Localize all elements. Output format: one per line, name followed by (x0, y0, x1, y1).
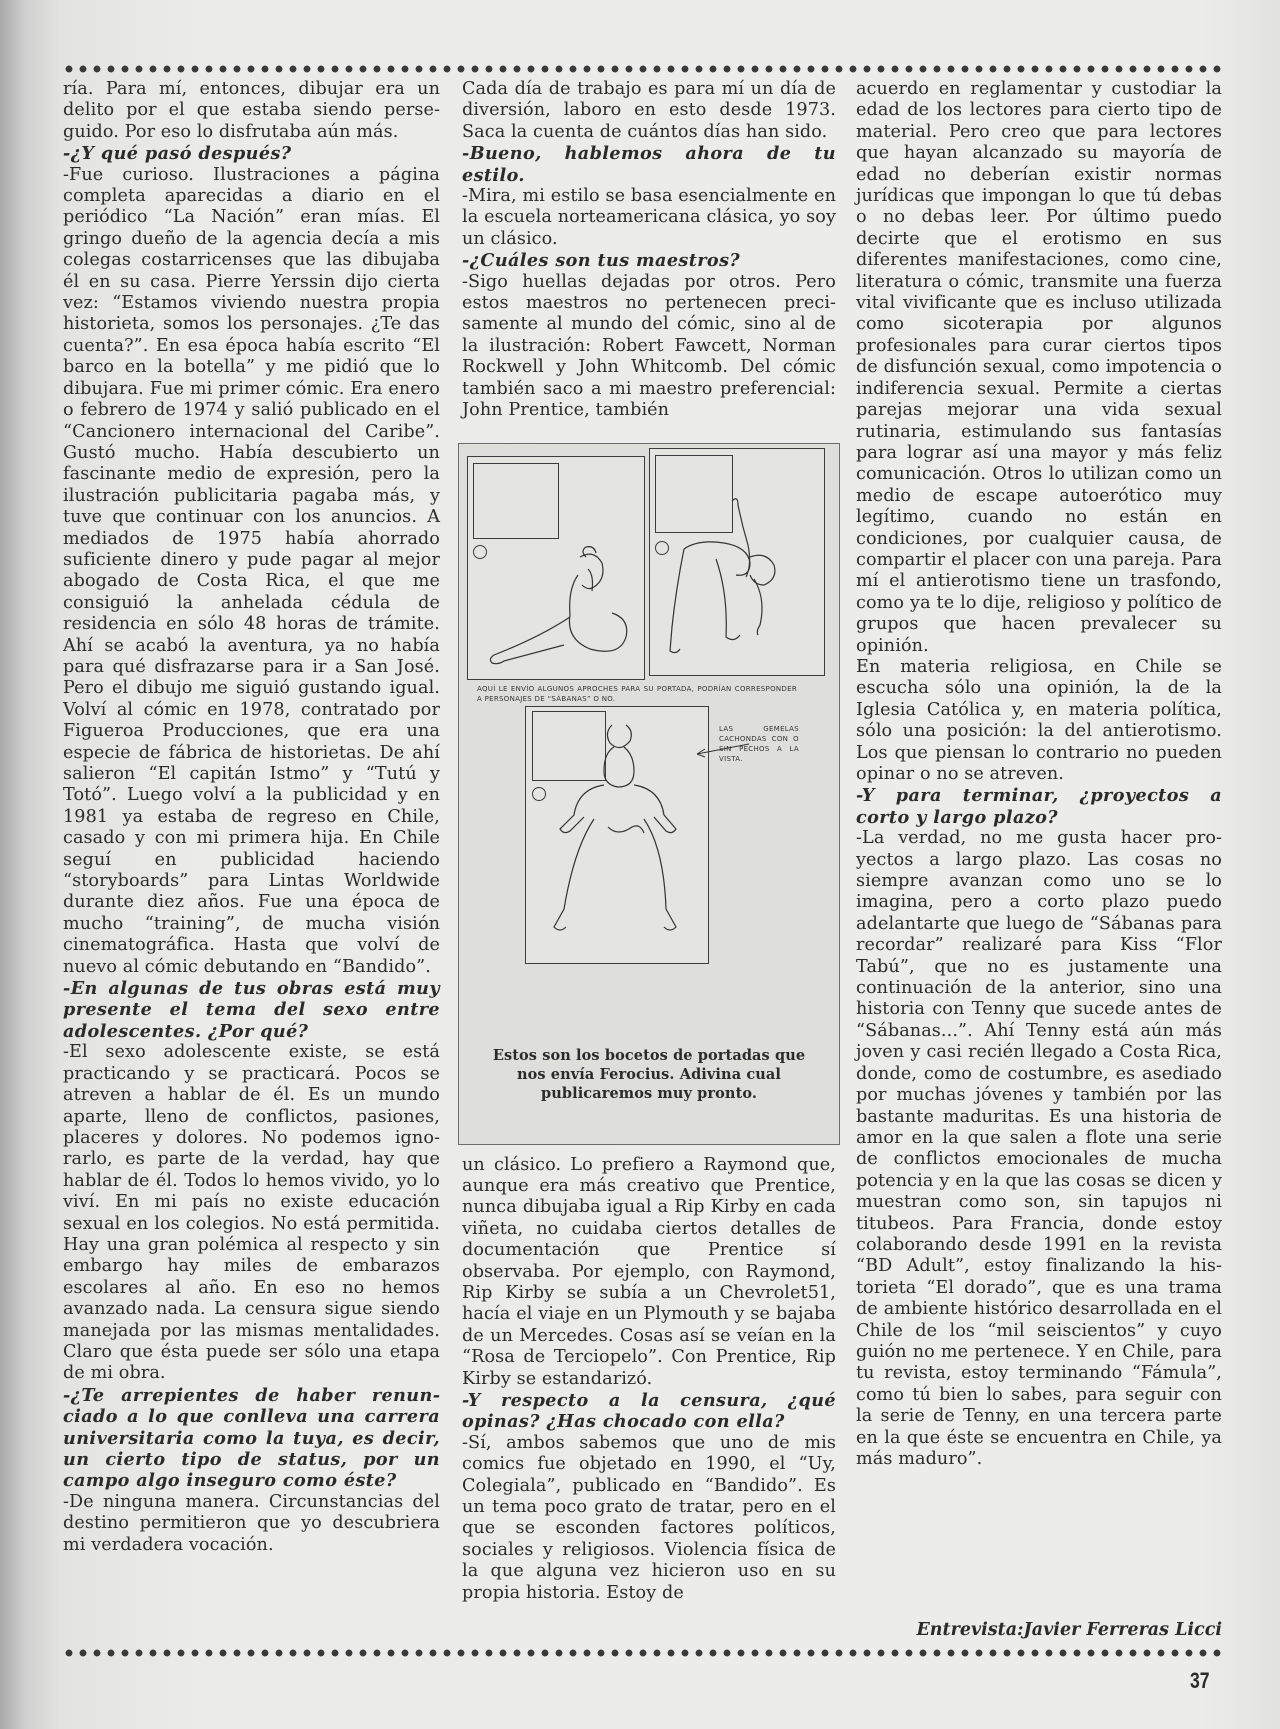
answer-paragraph: un clásico. Lo prefiero a Raymond que, a… (462, 1155, 836, 1390)
interviewer-signature: Entrevista:Javier Ferreras Licci (856, 1620, 1222, 1640)
article-column-2: Cada día de trabajo es para mí un día de… (462, 79, 836, 1604)
answer-paragraph: -Sigo huellas dejadas por otros. Pero es… (462, 272, 836, 422)
interview-question: -Y respecto a la censura, ¿qué opinas? ¿… (462, 1390, 836, 1433)
sketch-panel-3 (525, 706, 709, 964)
answer-paragraph: -La verdad, no me gusta hacer pro­yectos… (856, 828, 1222, 1470)
page-number: 37 (1190, 1668, 1210, 1694)
article-column-3: acuerdo en reglamentar y custodiar la ed… (856, 79, 1222, 1470)
sketch-panel-1 (467, 456, 645, 680)
interview-question: -¿Y qué pasó después? (63, 143, 440, 164)
answer-paragraph: -Mira, mi estilo se basa esencialmente e… (462, 186, 836, 250)
seated-figure-sketch-icon (468, 457, 644, 679)
answer-paragraph: Cada día de trabajo es para mí un día de… (462, 79, 836, 143)
figure-caption: Estos son los bocetos de portadas que no… (459, 1046, 839, 1103)
bottom-dotted-rule (62, 1648, 1224, 1658)
sketch-panel-2 (649, 448, 825, 676)
top-dotted-rule (62, 64, 1224, 74)
answer-paragraph: acuerdo en reglamentar y custodiar la ed… (856, 79, 1222, 657)
answer-paragraph: En materia religiosa, en Chile se escuch… (856, 657, 1222, 785)
interview-question: -¿Cuáles son tus maestros? (462, 250, 836, 271)
sketch-side-note: Las gemelas cachondas con o sin pechos a… (719, 724, 799, 764)
answer-paragraph: ría. Para mí, entonces, dibujar era un d… (63, 79, 440, 143)
sketch-handwritten-note: Aquí le envío algunos aproches para su p… (477, 684, 797, 704)
answer-paragraph: -Sí, ambos sabemos que uno de mis comics… (462, 1433, 836, 1604)
cover-sketches-figure: Aquí le envío algunos aproches para su p… (458, 443, 840, 1145)
interview-question: -Bueno, hablemos ahora de tu estilo. (462, 143, 836, 186)
answer-paragraph: -El sexo adolescente existe, se está pra… (63, 1042, 440, 1385)
bending-figure-sketch-icon (650, 449, 824, 675)
article-column-1: ría. Para mí, entonces, dibujar era un d… (63, 79, 440, 1556)
answer-paragraph: -Fue curioso. Ilustraciones a página com… (63, 165, 440, 978)
answer-paragraph: -De ninguna manera. Circunstancias del d… (63, 1492, 440, 1556)
interview-question: -En algunas de tus obras está muy presen… (63, 978, 440, 1042)
interview-question: -Y para terminar, ¿proyectos a corto y l… (856, 785, 1222, 828)
interview-question: -¿Te arrepientes de haber renun­ciado a … (63, 1385, 440, 1492)
leapfrog-figures-sketch-icon (526, 707, 708, 963)
